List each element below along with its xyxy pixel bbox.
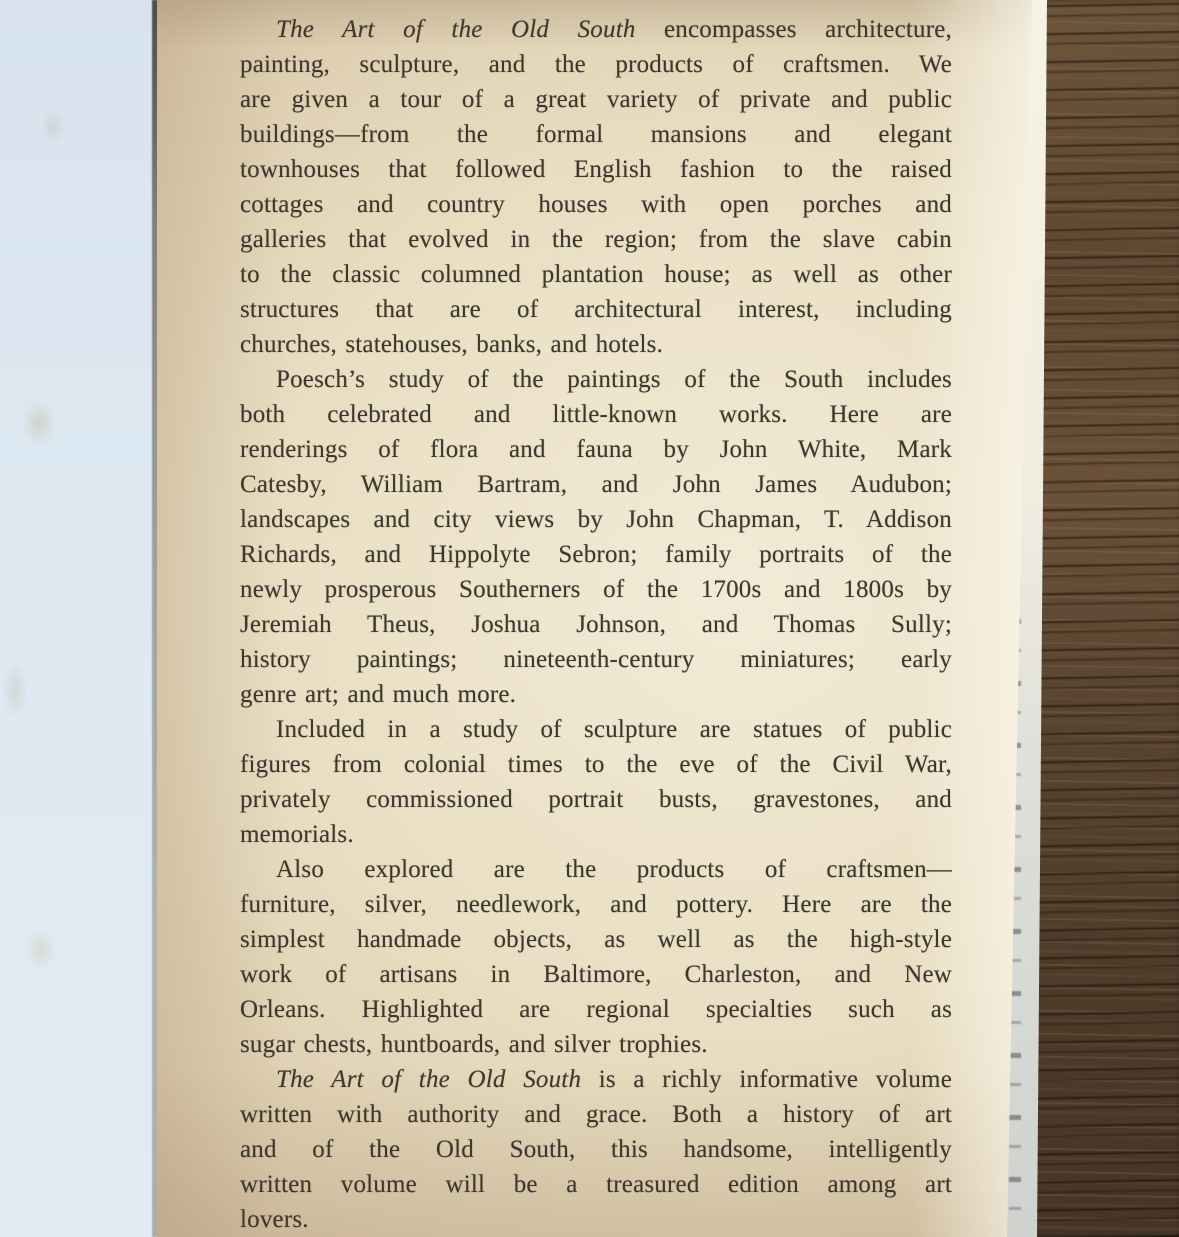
paper-stain <box>40 110 66 144</box>
text-line: furniture, silver, needlework, and potte… <box>240 887 952 922</box>
text-line: painting, sculpture, and the products of… <box>240 47 952 82</box>
text-line-segment: encompasses architecture, <box>636 16 952 43</box>
text-line: figures from colonial times to the eve o… <box>240 747 952 782</box>
text-line: to the classic columned plantation house… <box>240 257 952 292</box>
text-line: written volume will be a treasured editi… <box>240 1167 952 1202</box>
book-title-italic: The Art of the Old South <box>276 16 636 43</box>
text-line: Catesby, William Bartram, and John James… <box>240 467 952 502</box>
paper-stain <box>26 930 56 970</box>
text-line: Included in a study of sculpture are sta… <box>240 712 952 747</box>
text-line: are given a tour of a great variety of p… <box>240 82 952 117</box>
text-line: written with authority and grace. Both a… <box>240 1097 952 1132</box>
text-line: newly prosperous Southerners of the 1700… <box>240 572 952 607</box>
text-line: lovers. <box>240 1202 952 1237</box>
text-line: townhouses that followed English fashion… <box>240 152 952 187</box>
text-line: galleries that evolved in the region; fr… <box>240 222 952 257</box>
text-line: and of the Old South, this handsome, int… <box>240 1132 952 1167</box>
text-line: work of artisans in Baltimore, Charlesto… <box>240 957 952 992</box>
text-line: both celebrated and little-known works. … <box>240 397 952 432</box>
jacket-text: The Art of the Old South encompasses arc… <box>240 12 952 1237</box>
text-line: The Art of the Old South is a richly inf… <box>240 1062 952 1097</box>
book-jacket-flap: The Art of the Old South encompasses arc… <box>157 0 1060 1237</box>
text-line: Richards, and Hippolyte Sebron; family p… <box>240 537 952 572</box>
text-line: privately commissioned portrait busts, g… <box>240 782 952 817</box>
text-line: renderings of flora and fauna by John Wh… <box>240 432 952 467</box>
text-line: memorials. <box>240 817 952 852</box>
text-line: churches, statehouses, banks, and hotels… <box>240 327 952 362</box>
paper-stain <box>22 400 56 446</box>
text-line: simplest handmade objects, as well as th… <box>240 922 952 957</box>
text-line: genre art; and much more. <box>240 677 952 712</box>
text-line: landscapes and city views by John Chapma… <box>240 502 952 537</box>
book-title-italic: The Art of the Old South <box>276 1066 581 1093</box>
text-line: Poesch’s study of the paintings of the S… <box>240 362 952 397</box>
text-line: sugar chests, huntboards, and silver tro… <box>240 1027 952 1062</box>
text-line: Orleans. Highlighted are regional specia… <box>240 992 952 1027</box>
text-line: Also explored are the products of crafts… <box>240 852 952 887</box>
text-line: Jeremiah Theus, Joshua Johnson, and Thom… <box>240 607 952 642</box>
text-line: history paintings; nineteenth-century mi… <box>240 642 952 677</box>
text-line-segment: is a richly informative volume <box>581 1066 952 1093</box>
paper-stain <box>2 660 28 720</box>
text-line: structures that are of architectural int… <box>240 292 952 327</box>
background-strip <box>0 0 160 1237</box>
text-line: buildings—from the formal mansions and e… <box>240 117 952 152</box>
text-line: The Art of the Old South encompasses arc… <box>240 12 952 47</box>
text-line: cottages and country houses with open po… <box>240 187 952 222</box>
photo-scene: The Art of the Old South encompasses arc… <box>0 0 1179 1237</box>
